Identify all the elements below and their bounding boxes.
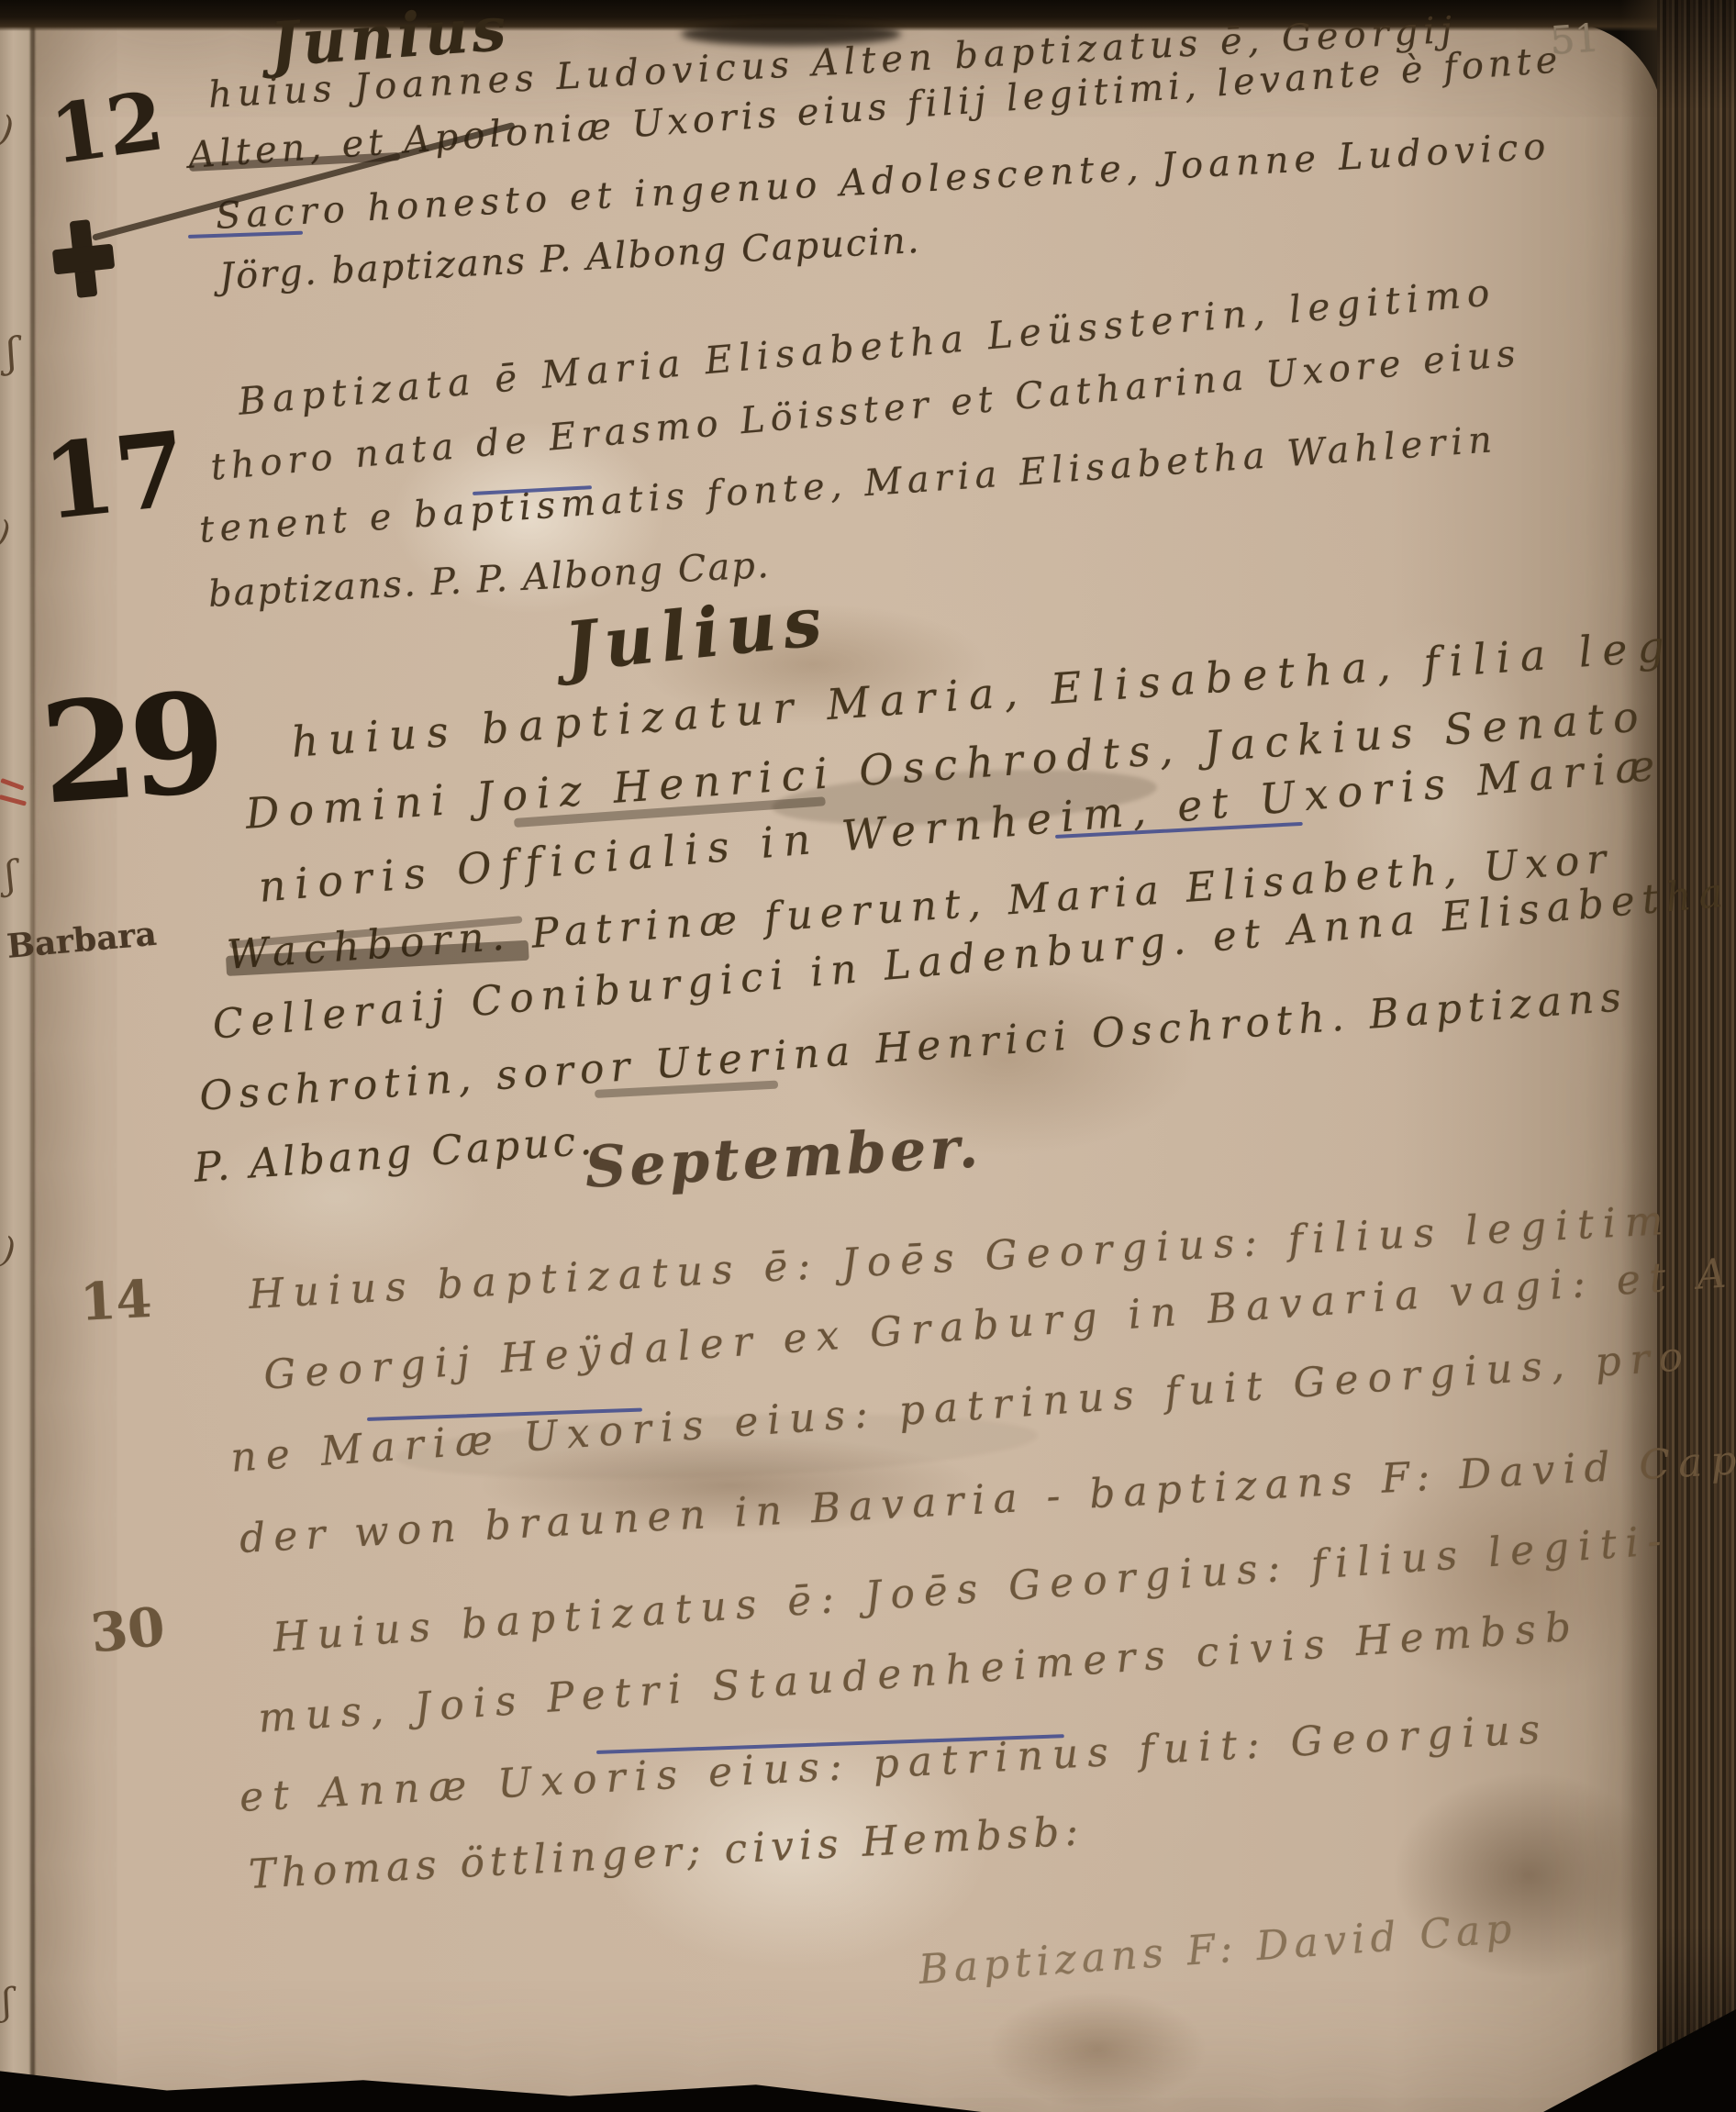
margin-day-17: 17 [39,418,192,536]
binding-crease [30,0,35,2112]
margin-day-29: 29 [37,674,223,824]
book-fore-edge [1657,0,1736,2112]
previous-page-edge [0,0,33,2112]
margin-day-14: 14 [79,1273,153,1328]
margin-day-12: 12 [46,80,169,175]
margin-day-30: 30 [88,1600,167,1661]
scanned-register-page: 51 Junius12huius Joannes Ludovicus Alten… [0,0,1736,2112]
